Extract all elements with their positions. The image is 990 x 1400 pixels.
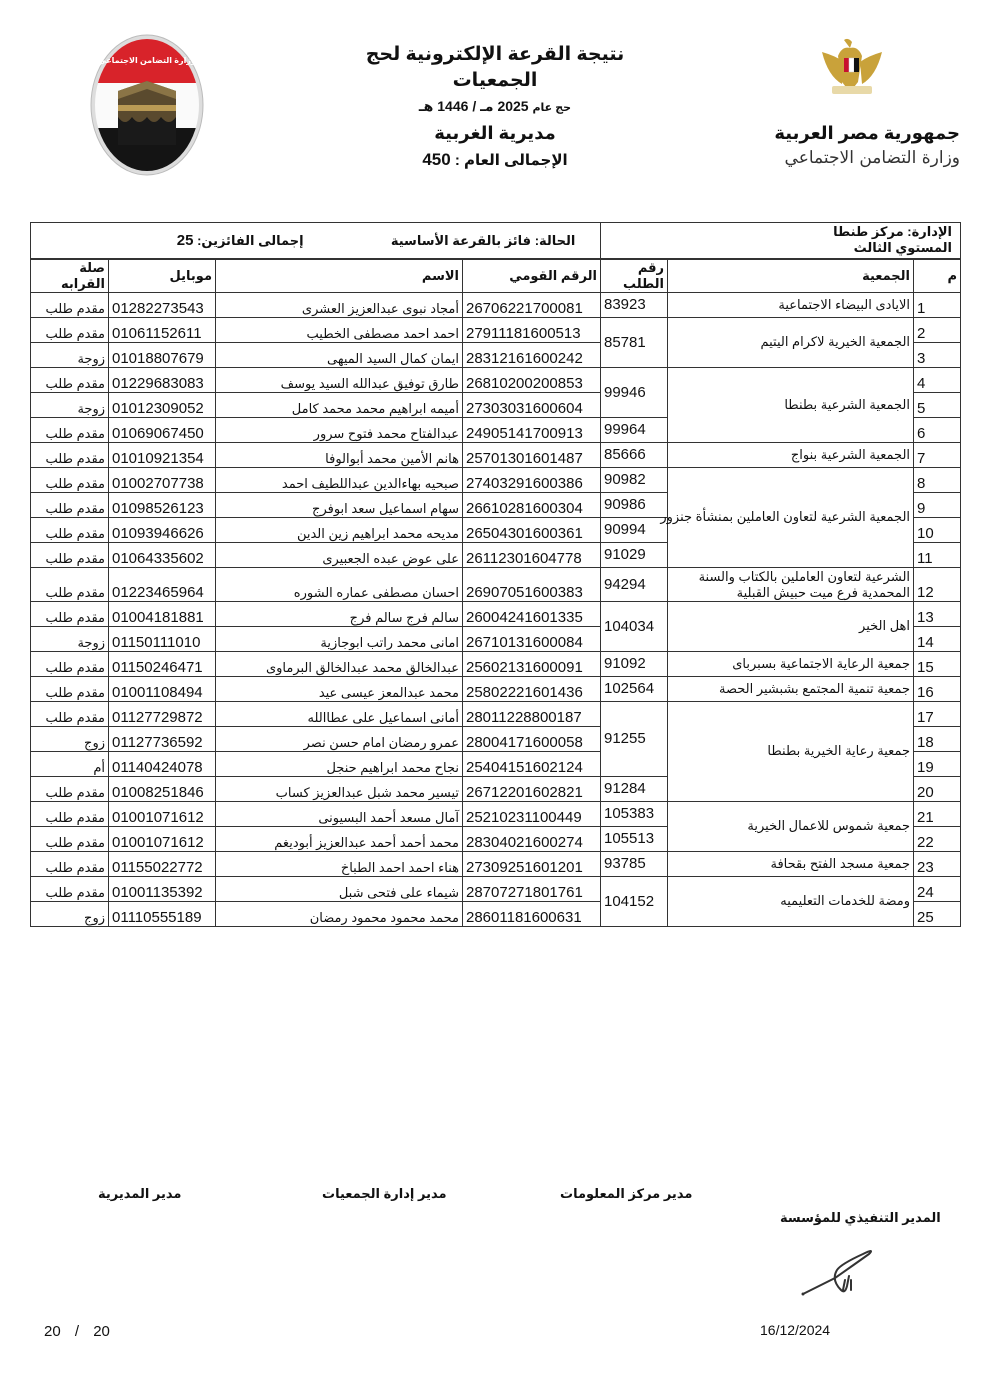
- relation-cell: زوجة: [31, 626, 109, 651]
- national-id-cell: 25602131600091: [463, 651, 601, 676]
- request-no-cell: 102564: [601, 676, 668, 701]
- relation-cell: زوجة: [31, 342, 109, 367]
- national-id-cell: 27911181600513: [463, 317, 601, 342]
- col-header-request-no: رقم الطلب: [601, 259, 668, 293]
- national-id-cell: 25404151602124: [463, 751, 601, 776]
- association-cell: جمعية مسجد الفتح بقحافة: [668, 851, 914, 876]
- admin-label: الإدارة:: [907, 224, 952, 239]
- national-id-cell: 26610281600304: [463, 492, 601, 517]
- mobile-cell: 01150246471: [109, 651, 216, 676]
- mobile-cell: 01127736592: [109, 726, 216, 751]
- name-cell: سالم فرج سالم فرج: [216, 601, 463, 626]
- national-id-cell: 26712201602821: [463, 776, 601, 801]
- report-title: نتيجة القرعة الإلكترونية لحج الجمعيات: [330, 42, 660, 94]
- row-number: 4: [914, 367, 961, 392]
- table-row: 17 جمعية رعاية الخيرية بطنطا 91255 28011…: [31, 701, 961, 726]
- national-id-cell: 26706221700081: [463, 292, 601, 317]
- page-total: 20: [93, 1323, 110, 1340]
- table-row: 16 جمعية تنمية المجتمع بشبشير الحصة 1025…: [31, 676, 961, 701]
- name-cell: هناء احمد احمد الطباخ: [216, 851, 463, 876]
- info-row: الإدارة: مركز طنطا المستوي الثالث الحالة…: [31, 223, 961, 259]
- name-cell: عبدالفتاح محمد فتوح سرور: [216, 417, 463, 442]
- relation-cell: مقدم طلب: [31, 492, 109, 517]
- national-id-cell: 28304021600274: [463, 826, 601, 851]
- col-header-national-id: الرقم القومي: [463, 259, 601, 293]
- report-date: 16/12/2024: [760, 1322, 830, 1338]
- signature-label-associations-admin: مدير إدارة الجمعيات: [322, 1186, 447, 1202]
- table-row: 2 الجمعية الخيرية لاكرام اليتيم 85781 27…: [31, 317, 961, 342]
- table-row: 21 جمعية شموس للاعمال الخيرية 105383 252…: [31, 801, 961, 826]
- page-indicator: 20 / 20: [44, 1323, 110, 1340]
- request-no-cell: 85666: [601, 442, 668, 467]
- row-number: 6: [914, 417, 961, 442]
- row-number: 17: [914, 701, 961, 726]
- table-row: 15 جمعية الرعاية الاجتماعية بسبرباى 9109…: [31, 651, 961, 676]
- row-number: 2: [914, 317, 961, 342]
- grand-total-label: الإجمالى العام :: [455, 152, 568, 169]
- mobile-cell: 01127729872: [109, 701, 216, 726]
- name-cell: محمد أحمد أحمد عبدالعزيز أبوديغم: [216, 826, 463, 851]
- admin-value: مركز طنطا: [833, 224, 904, 239]
- relation-cell: مقدم طلب: [31, 292, 109, 317]
- mobile-cell: 01061152611: [109, 317, 216, 342]
- relation-cell: مقدم طلب: [31, 826, 109, 851]
- relation-cell: مقدم طلب: [31, 517, 109, 542]
- row-number: 22: [914, 826, 961, 851]
- mobile-cell: 01012309052: [109, 392, 216, 417]
- national-id-cell: 27303031600604: [463, 392, 601, 417]
- association-cell: الجمعية الخيرية لاكرام اليتيم: [668, 317, 914, 367]
- column-header-row: م الجمعية رقم الطلب الرقم القومي الاسم م…: [31, 259, 961, 293]
- relation-cell: زوج: [31, 726, 109, 751]
- row-number: 11: [914, 542, 961, 567]
- request-no-cell: 91029: [601, 542, 668, 567]
- signature-label-directorate: مدير المديرية: [98, 1186, 181, 1202]
- request-no-cell: 90982: [601, 467, 668, 492]
- mobile-cell: 01008251846: [109, 776, 216, 801]
- level-value: المستوي الثالث: [854, 240, 952, 255]
- name-cell: احسان مصطفى عماره الشوره: [216, 567, 463, 601]
- admin-cell: الإدارة: مركز طنطا المستوي الثالث: [601, 223, 961, 259]
- name-cell: تيسير محمد شبل عبدالعزيز كساب: [216, 776, 463, 801]
- table-row: 23 جمعية مسجد الفتح بقحافة 93785 2730925…: [31, 851, 961, 876]
- request-no-cell: 105383: [601, 801, 668, 826]
- winners-value: 25: [177, 232, 194, 249]
- relation-cell: أم: [31, 751, 109, 776]
- national-id-cell: 28312161600242: [463, 342, 601, 367]
- col-header-association: الجمعية: [668, 259, 914, 293]
- national-id-cell: 25802221601436: [463, 676, 601, 701]
- row-number: 5: [914, 392, 961, 417]
- row-number: 8: [914, 467, 961, 492]
- mobile-cell: 01069067450: [109, 417, 216, 442]
- table-row: 8 الجمعية الشرعية لتعاون العاملين بمنشأة…: [31, 467, 961, 492]
- national-id-cell: 26710131600084: [463, 626, 601, 651]
- row-number: 14: [914, 626, 961, 651]
- directorate-name: مديرية الغربية: [330, 120, 660, 146]
- mobile-cell: 01229683083: [109, 367, 216, 392]
- request-no-cell: 91284: [601, 776, 668, 801]
- national-id-cell: 26112301604778: [463, 542, 601, 567]
- signature-label-info-center: مدير مركز المعلومات: [560, 1186, 692, 1202]
- status-cell: الحالة: فائز بالقرعة الأساسية إجمالى الف…: [31, 223, 601, 259]
- name-cell: على عوض عبده الجعبيرى: [216, 542, 463, 567]
- request-no-cell: 94294: [601, 567, 668, 601]
- row-number: 7: [914, 442, 961, 467]
- col-header-name: الاسم: [216, 259, 463, 293]
- row-number: 3: [914, 342, 961, 367]
- mobile-cell: 01064335602: [109, 542, 216, 567]
- name-cell: ايمان كمال السيد الميهى: [216, 342, 463, 367]
- relation-cell: مقدم طلب: [31, 876, 109, 901]
- report-header: نتيجة القرعة الإلكترونية لحج الجمعيات حج…: [330, 42, 660, 173]
- relation-cell: مقدم طلب: [31, 601, 109, 626]
- winners-table: الإدارة: مركز طنطا المستوي الثالث الحالة…: [30, 222, 961, 927]
- table-row: 12 الشرعية لتعاون العاملين بالكتاب والسن…: [31, 567, 961, 601]
- col-header-m: م: [914, 259, 961, 293]
- mobile-cell: 01002707738: [109, 467, 216, 492]
- mobile-cell: 01155022772: [109, 851, 216, 876]
- national-id-cell: 26004241601335: [463, 601, 601, 626]
- relation-cell: مقدم طلب: [31, 442, 109, 467]
- row-number: 13: [914, 601, 961, 626]
- relation-cell: زوج: [31, 901, 109, 926]
- national-id-cell: 26907051600383: [463, 567, 601, 601]
- hajj-year: حج عام 2025 مـ / 1446 هـ: [330, 96, 660, 118]
- row-number: 25: [914, 901, 961, 926]
- year-suffix: هـ: [419, 98, 434, 114]
- year-hijri: 1446: [437, 98, 468, 114]
- grand-total: الإجمالى العام : 450: [330, 148, 660, 173]
- row-number: 16: [914, 676, 961, 701]
- request-no-cell: 91255: [601, 701, 668, 776]
- national-id-cell: 25210231100449: [463, 801, 601, 826]
- association-cell: الشرعية لتعاون العاملين بالكتاب والسنة ا…: [668, 567, 914, 601]
- request-no-cell: 99964: [601, 417, 668, 442]
- relation-cell: مقدم طلب: [31, 467, 109, 492]
- relation-cell: مقدم طلب: [31, 676, 109, 701]
- mobile-cell: 01004181881: [109, 601, 216, 626]
- page-current: 20: [44, 1323, 61, 1340]
- relation-cell: زوجة: [31, 392, 109, 417]
- table-row: 1 الايادى البيضاء الاجتماعية 83923 26706…: [31, 292, 961, 317]
- request-no-cell: 85781: [601, 317, 668, 367]
- mobile-cell: 01001135392: [109, 876, 216, 901]
- mobile-cell: 01018807679: [109, 342, 216, 367]
- year-separator: مـ /: [472, 98, 493, 114]
- mobile-cell: 01140424078: [109, 751, 216, 776]
- national-id-cell: 28004171600058: [463, 726, 601, 751]
- mobile-cell: 01001108494: [109, 676, 216, 701]
- row-number: 19: [914, 751, 961, 776]
- eagle-emblem-icon: [760, 36, 960, 96]
- signature-label-executive: المدير التنفيذي للمؤسسة: [780, 1210, 941, 1226]
- row-number: 12: [914, 567, 961, 601]
- association-cell: اهل الخير: [668, 601, 914, 651]
- name-cell: أمجاد نبوى عبدالعزيز العشرى: [216, 292, 463, 317]
- name-cell: شيماء على فتحى شبل: [216, 876, 463, 901]
- national-id-cell: 28011228800187: [463, 701, 601, 726]
- national-id-cell: 26810200200853: [463, 367, 601, 392]
- name-cell: نجاح محمد ابراهيم حنجل: [216, 751, 463, 776]
- name-cell: مديحه محمد ابراهيم زين الدين: [216, 517, 463, 542]
- request-no-cell: 104152: [601, 876, 668, 926]
- table-row: 13 اهل الخير 104034 26004241601335 سالم …: [31, 601, 961, 626]
- national-id-cell: 27403291600386: [463, 467, 601, 492]
- page-separator: /: [75, 1323, 79, 1340]
- table-row: 24 ومضة للخدمات التعليميه 104152 2870727…: [31, 876, 961, 901]
- relation-cell: مقدم طلب: [31, 701, 109, 726]
- col-header-mobile: موبايل: [109, 259, 216, 293]
- request-no-cell: 104034: [601, 601, 668, 651]
- logo-left-text: وزارة التضامن الاجتماعي: [98, 56, 196, 65]
- ministry-name: وزارة التضامن الاجتماعي: [760, 148, 960, 168]
- association-cell: جمعية الرعاية الاجتماعية بسبرباى: [668, 651, 914, 676]
- association-cell: الايادى البيضاء الاجتماعية: [668, 292, 914, 317]
- row-number: 15: [914, 651, 961, 676]
- name-cell: عبدالخالق محمد عبدالخالق البرماوى: [216, 651, 463, 676]
- winners-label: إجمالى الفائزين:: [197, 233, 304, 248]
- year-gregorian: 2025: [497, 98, 528, 114]
- relation-cell: مقدم طلب: [31, 567, 109, 601]
- national-id-cell: 28601181600631: [463, 901, 601, 926]
- name-cell: محمد محمود محمود رمضان: [216, 901, 463, 926]
- association-cell: الجمعية الشرعية لتعاون العاملين بمنشأة ج…: [668, 467, 914, 567]
- name-cell: سهام اسماعيل سعد ابوفرج: [216, 492, 463, 517]
- handwritten-signature-icon: [795, 1250, 885, 1310]
- row-number: 23: [914, 851, 961, 876]
- table-row: 4 الجمعية الشرعية بطنطا 99946 2681020020…: [31, 367, 961, 392]
- ministry-logo: جمهورية مصر العربية وزارة التضامن الاجتم…: [760, 36, 960, 186]
- relation-cell: مقدم طلب: [31, 801, 109, 826]
- name-cell: أميمه ابراهيم محمد محمد كامل: [216, 392, 463, 417]
- national-id-cell: 24905141700913: [463, 417, 601, 442]
- row-number: 1: [914, 292, 961, 317]
- country-name: جمهورية مصر العربية: [760, 123, 960, 144]
- name-cell: صبحيه بهاءالدين عبداللطيف احمد: [216, 467, 463, 492]
- request-no-cell: 105513: [601, 826, 668, 851]
- row-number: 21: [914, 801, 961, 826]
- association-cell: جمعية رعاية الخيرية بطنطا: [668, 701, 914, 801]
- mobile-cell: 01282273543: [109, 292, 216, 317]
- status-value: فائز بالقرعة الأساسية: [391, 233, 531, 248]
- grand-total-value: 450: [422, 150, 450, 169]
- request-no-cell: 83923: [601, 292, 668, 317]
- name-cell: امانى محمد راتب ابوجازية: [216, 626, 463, 651]
- association-cell: ومضة للخدمات التعليميه: [668, 876, 914, 926]
- mobile-cell: 01010921354: [109, 442, 216, 467]
- request-no-cell: 91092: [601, 651, 668, 676]
- association-cell: الجمعية الشرعية بطنطا: [668, 367, 914, 442]
- request-no-cell: 99946: [601, 367, 668, 417]
- name-cell: عمرو رمضان امام حسن نصر: [216, 726, 463, 751]
- relation-cell: مقدم طلب: [31, 542, 109, 567]
- relation-cell: مقدم طلب: [31, 776, 109, 801]
- row-number: 20: [914, 776, 961, 801]
- relation-cell: مقدم طلب: [31, 367, 109, 392]
- national-id-cell: 27309251601201: [463, 851, 601, 876]
- row-number: 18: [914, 726, 961, 751]
- mobile-cell: 01001071612: [109, 801, 216, 826]
- relation-cell: مقدم طلب: [31, 417, 109, 442]
- association-cell: جمعية شموس للاعمال الخيرية: [668, 801, 914, 851]
- name-cell: محمد عبدالمعز عيسى عيد: [216, 676, 463, 701]
- relation-cell: مقدم طلب: [31, 851, 109, 876]
- table-row: 7 الجمعية الشرعية بنواج 85666 2570130160…: [31, 442, 961, 467]
- association-cell: جمعية تنمية المجتمع بشبشير الحصة: [668, 676, 914, 701]
- name-cell: هانم الأمين محمد أبوالوفا: [216, 442, 463, 467]
- name-cell: احمد احمد مصطفى الخطيب: [216, 317, 463, 342]
- national-id-cell: 25701301601487: [463, 442, 601, 467]
- mobile-cell: 01001071612: [109, 826, 216, 851]
- name-cell: طارق توفيق عبدالله السيد يوسف: [216, 367, 463, 392]
- year-prefix: حج عام: [532, 102, 571, 114]
- col-header-relation: صلة القرابه: [31, 259, 109, 293]
- row-number: 24: [914, 876, 961, 901]
- national-id-cell: 28707271801761: [463, 876, 601, 901]
- name-cell: أمانى اسماعيل على عطاالله: [216, 701, 463, 726]
- name-cell: آمال مسعد أحمد البسيونى: [216, 801, 463, 826]
- kaaba-emblem-icon: وزارة التضامن الاجتماعي: [88, 33, 206, 177]
- national-id-cell: 26504301600361: [463, 517, 601, 542]
- mobile-cell: 01223465964: [109, 567, 216, 601]
- row-number: 9: [914, 492, 961, 517]
- status-label: الحالة:: [535, 233, 576, 248]
- row-number: 10: [914, 517, 961, 542]
- mobile-cell: 01093946626: [109, 517, 216, 542]
- mobile-cell: 01110555189: [109, 901, 216, 926]
- request-no-cell: 90986: [601, 492, 668, 517]
- request-no-cell: 90994: [601, 517, 668, 542]
- request-no-cell: 93785: [601, 851, 668, 876]
- mobile-cell: 01150111010: [109, 626, 216, 651]
- association-cell: الجمعية الشرعية بنواج: [668, 442, 914, 467]
- mobile-cell: 01098526123: [109, 492, 216, 517]
- relation-cell: مقدم طلب: [31, 317, 109, 342]
- relation-cell: مقدم طلب: [31, 651, 109, 676]
